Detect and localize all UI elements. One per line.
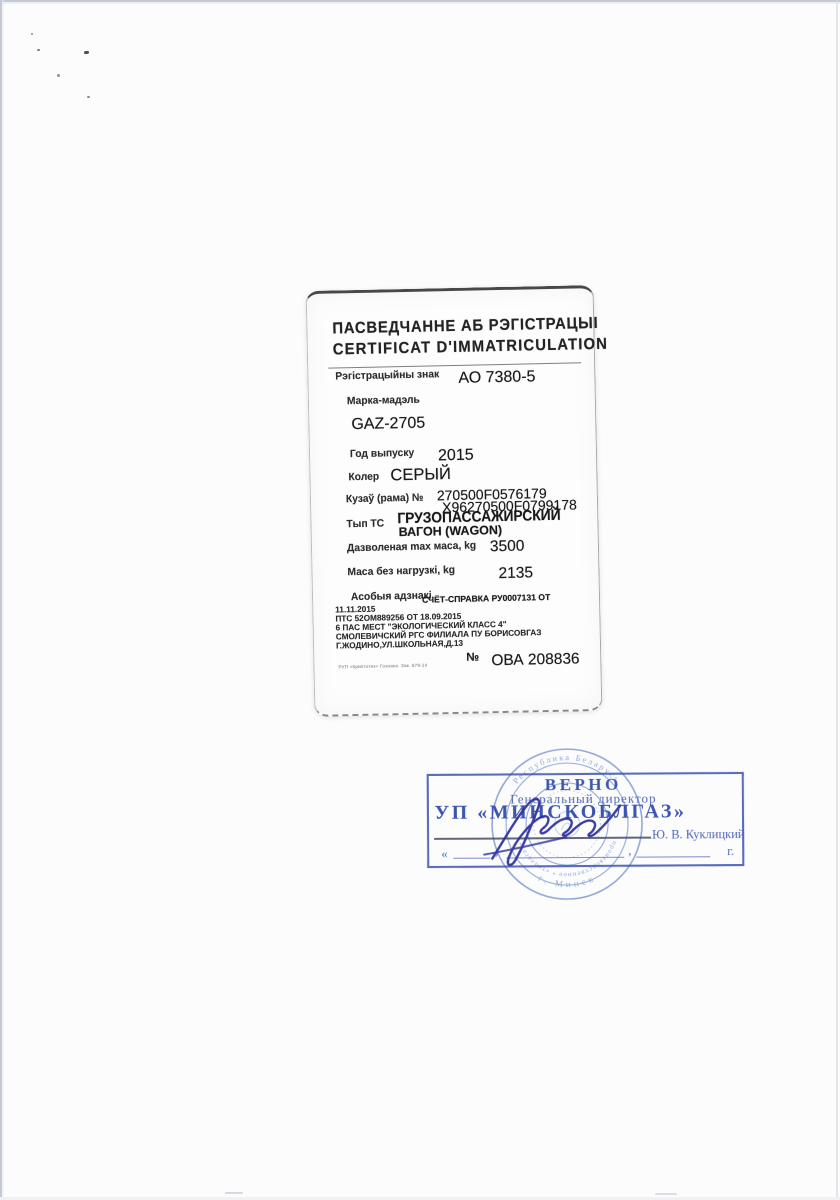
signature-main-stroke bbox=[492, 798, 620, 865]
date-blank-line-month bbox=[506, 857, 624, 859]
blank-number-value: ОВА 208836 bbox=[491, 650, 580, 670]
seal-outer-ring bbox=[492, 749, 643, 900]
seal-center-emblem bbox=[554, 812, 579, 837]
signer-name: Ю. В. Куклицкий bbox=[652, 827, 745, 843]
field-value-year: 2015 bbox=[438, 447, 474, 466]
scan-edge-top-soft bbox=[0, 2, 840, 4]
stamp-verified-label: ВЕРНО bbox=[427, 774, 740, 796]
field-value-make-model: GAZ-2705 bbox=[351, 415, 425, 435]
date-year-suffix: г. bbox=[727, 844, 734, 859]
seal-middle-ring bbox=[506, 763, 629, 886]
scan-speck bbox=[57, 74, 60, 77]
field-value-unladen-mass: 2135 bbox=[498, 564, 533, 583]
field-label-max-mass: Дазволеная max маса, kg bbox=[347, 540, 476, 555]
scan-edge-left bbox=[0, 0, 2, 1200]
signature-sweep-stroke bbox=[484, 837, 566, 855]
stamp-border-box bbox=[427, 772, 745, 868]
date-comma: , bbox=[628, 843, 631, 859]
svg-text:г. Минск: г. Минск bbox=[537, 872, 598, 889]
field-label-body-number: Кузаў (рама) № bbox=[346, 492, 424, 506]
field-label-unladen-mass: Маса без нагрузкі, kg bbox=[347, 564, 455, 578]
field-value-reg-number: АО 7380-5 bbox=[458, 368, 535, 388]
date-quote-open: « bbox=[441, 846, 448, 862]
certificate-title-french: CERTIFICAT D'IMMATRICULATION bbox=[333, 336, 609, 360]
signature-line bbox=[434, 837, 651, 840]
field-label-reg-number: Рэгістрацыйны знак bbox=[335, 368, 439, 382]
seal-dotted-ring bbox=[533, 790, 600, 857]
scanned-document-page: ПАСВЕДЧАННЕ АБ РЭГІСТРАЦЫІ CERTIFICAT D'… bbox=[0, 0, 840, 1200]
seal-inner-ring bbox=[526, 783, 608, 865]
scan-speck bbox=[84, 51, 89, 54]
scan-edge-left-soft bbox=[2, 0, 4, 1200]
field-label-vehicle-type: Тып ТС bbox=[346, 517, 384, 530]
svg-text:Республика Беларусь: Республика Беларусь bbox=[511, 752, 623, 786]
scan-speck bbox=[31, 33, 33, 35]
title-separator bbox=[328, 362, 581, 368]
scan-speck bbox=[87, 96, 90, 98]
registration-certificate-card: ПАСВЕДЧАННЕ АБ РЭГІСТРАЦЫІ CERTIFICAT D'… bbox=[306, 285, 603, 717]
official-round-seal: Республика Беларусь производственное • «… bbox=[487, 744, 648, 905]
field-value-color: СЕРЫЙ bbox=[390, 465, 451, 485]
field-label-make-model: Марка-мадэль bbox=[347, 394, 420, 408]
date-blank-line-day bbox=[453, 858, 490, 859]
field-value-vehicle-type-2: ВАГОН (WAGON) bbox=[398, 523, 502, 539]
stamp-organization-name: УП «МИНСКОБЛГАЗ» bbox=[404, 800, 717, 825]
seal-ring-text-inner: производственное • «теплогаз» bbox=[516, 840, 618, 879]
field-label-year: Год выпуску bbox=[350, 447, 414, 460]
seal-emblem-motif bbox=[561, 823, 573, 830]
svg-text:производственное • «теплогаз»: производственное • «теплогаз» bbox=[516, 840, 618, 879]
seal-ring-text-top: Республика Беларусь bbox=[511, 752, 623, 786]
date-quote-close: » bbox=[492, 846, 499, 862]
stamp-position-title: Генеральный директор bbox=[427, 790, 740, 808]
field-label-color: Колер bbox=[348, 471, 379, 484]
handwritten-signature bbox=[478, 786, 639, 871]
scan-speck bbox=[37, 49, 40, 51]
scan-smudge bbox=[655, 1193, 677, 1195]
scan-edge-top bbox=[0, 0, 840, 2]
seal-city-text: г. Минск bbox=[537, 872, 598, 889]
field-label-special-marks: Асобыя адзнакі bbox=[351, 589, 432, 603]
scan-smudge bbox=[225, 1192, 243, 1194]
special-notes-block: 11.11.2015 ПТС 52ОМ889256 ОТ 18.09.2015 … bbox=[335, 601, 542, 650]
scan-edge-right bbox=[836, 0, 838, 1200]
date-blank-line-year bbox=[636, 856, 710, 858]
blank-number-sign: № bbox=[466, 652, 479, 664]
field-value-max-mass: 3500 bbox=[490, 538, 525, 557]
certificate-title-belarusian: ПАСВЕДЧАННЕ АБ РЭГІСТРАЦЫІ bbox=[332, 315, 598, 339]
printer-mark: РУП «Криптотех» Гознака. Зак. 678-14 bbox=[338, 663, 427, 670]
